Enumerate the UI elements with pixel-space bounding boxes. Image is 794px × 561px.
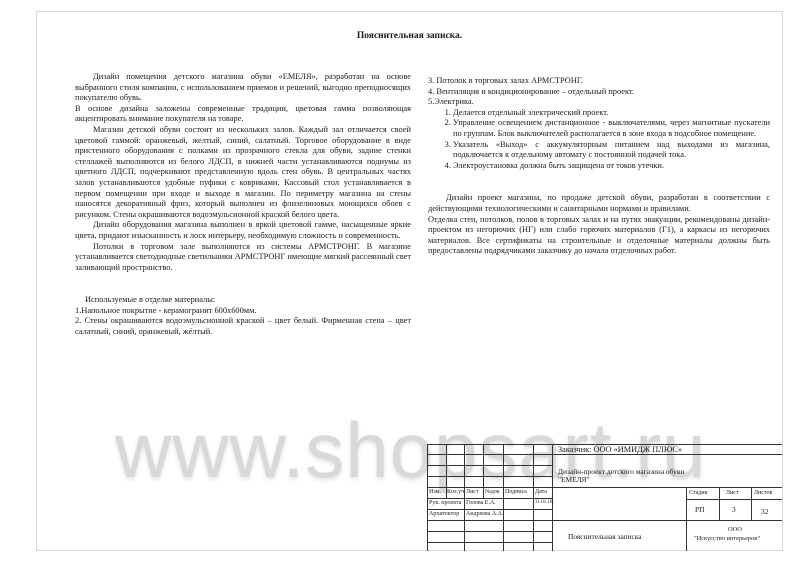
header-data: Дата [535,489,547,495]
org-line-1: ООО [728,526,742,533]
materials-heading: Используемые в отделке материалы: [75,295,411,306]
org-line-2: "Искусство интерьеров" [694,535,760,542]
sheet-title: Пояснительная записка [568,532,642,541]
list-item: 3. Потолок в торговых залах АРМСТРОНГ. [428,76,770,87]
paragraph: Дизайн проект магазина, по продаже детск… [428,193,770,214]
paragraph: Потолки в торговом зале выполняются из с… [75,242,411,274]
materials-item: 1.Напольное покрытие - керамогранит 600х… [75,306,411,317]
paragraph: Дизайн оборудования магазина выполнен в … [75,220,411,241]
page-title: Пояснительная записка. [36,31,783,41]
date-value: 31.01.18. [535,500,554,505]
header-kol-uch: Кол.уч [447,489,464,495]
materials-item: 2. Стены окрашиваются водоэмульсионной к… [75,316,411,337]
list-item: Делается отдельный электрический проект. [453,108,770,119]
title-block: Изм. Кол.уч Лист №док Подпись Дата Рук. … [427,444,782,551]
paragraph: Отделка стен, потолков, полов в торговых… [428,215,770,257]
list-item: 4. Вентиляция и кондиционирование – отде… [428,87,770,98]
list-item: Электроустановка должна быть защищена от… [453,161,770,172]
paragraph: Магазин детской обуви состоит из несколь… [75,125,411,220]
right-column: 3. Потолок в торговых залах АРМСТРОНГ. 4… [428,76,770,257]
stage-value: РП [695,505,704,514]
project-name-2: "ЕМЕЛЯ" [558,475,589,484]
sheet-label: Лист [726,490,739,496]
stage-label: Стадия [689,490,707,496]
sheet-value: 3 [732,505,736,514]
electric-list: Делается отдельный электрический проект.… [428,108,770,172]
list-item: Указатель «Выход» с аккумуляторным питан… [453,140,770,161]
role-label: Рук. проекта [429,500,461,506]
paragraph: Дизайн помещения детского магазина обуви… [75,72,411,104]
header-izm: Изм. [429,489,441,495]
person-name: Андреева А.А. [466,511,504,517]
customer: Заказчик: ООО «ИМИДЖ ПЛЮС» [558,445,682,454]
header-podpis: Подпись [505,489,527,495]
list-item: Управление освещением дистанционное - вы… [453,118,770,139]
sheets-value: 32 [761,507,768,516]
role-label: Архитектор [429,511,459,517]
list-item: 5.Электрика. [428,97,770,108]
header-ndok: №док [485,489,500,495]
left-column: Дизайн помещения детского магазина обуви… [75,72,411,338]
sheets-label: Листов [754,490,772,496]
header-list: Лист [466,489,479,495]
person-name: Голова Е.А. [466,500,496,506]
paragraph: В основе дизайна заложены современные тр… [75,104,411,125]
